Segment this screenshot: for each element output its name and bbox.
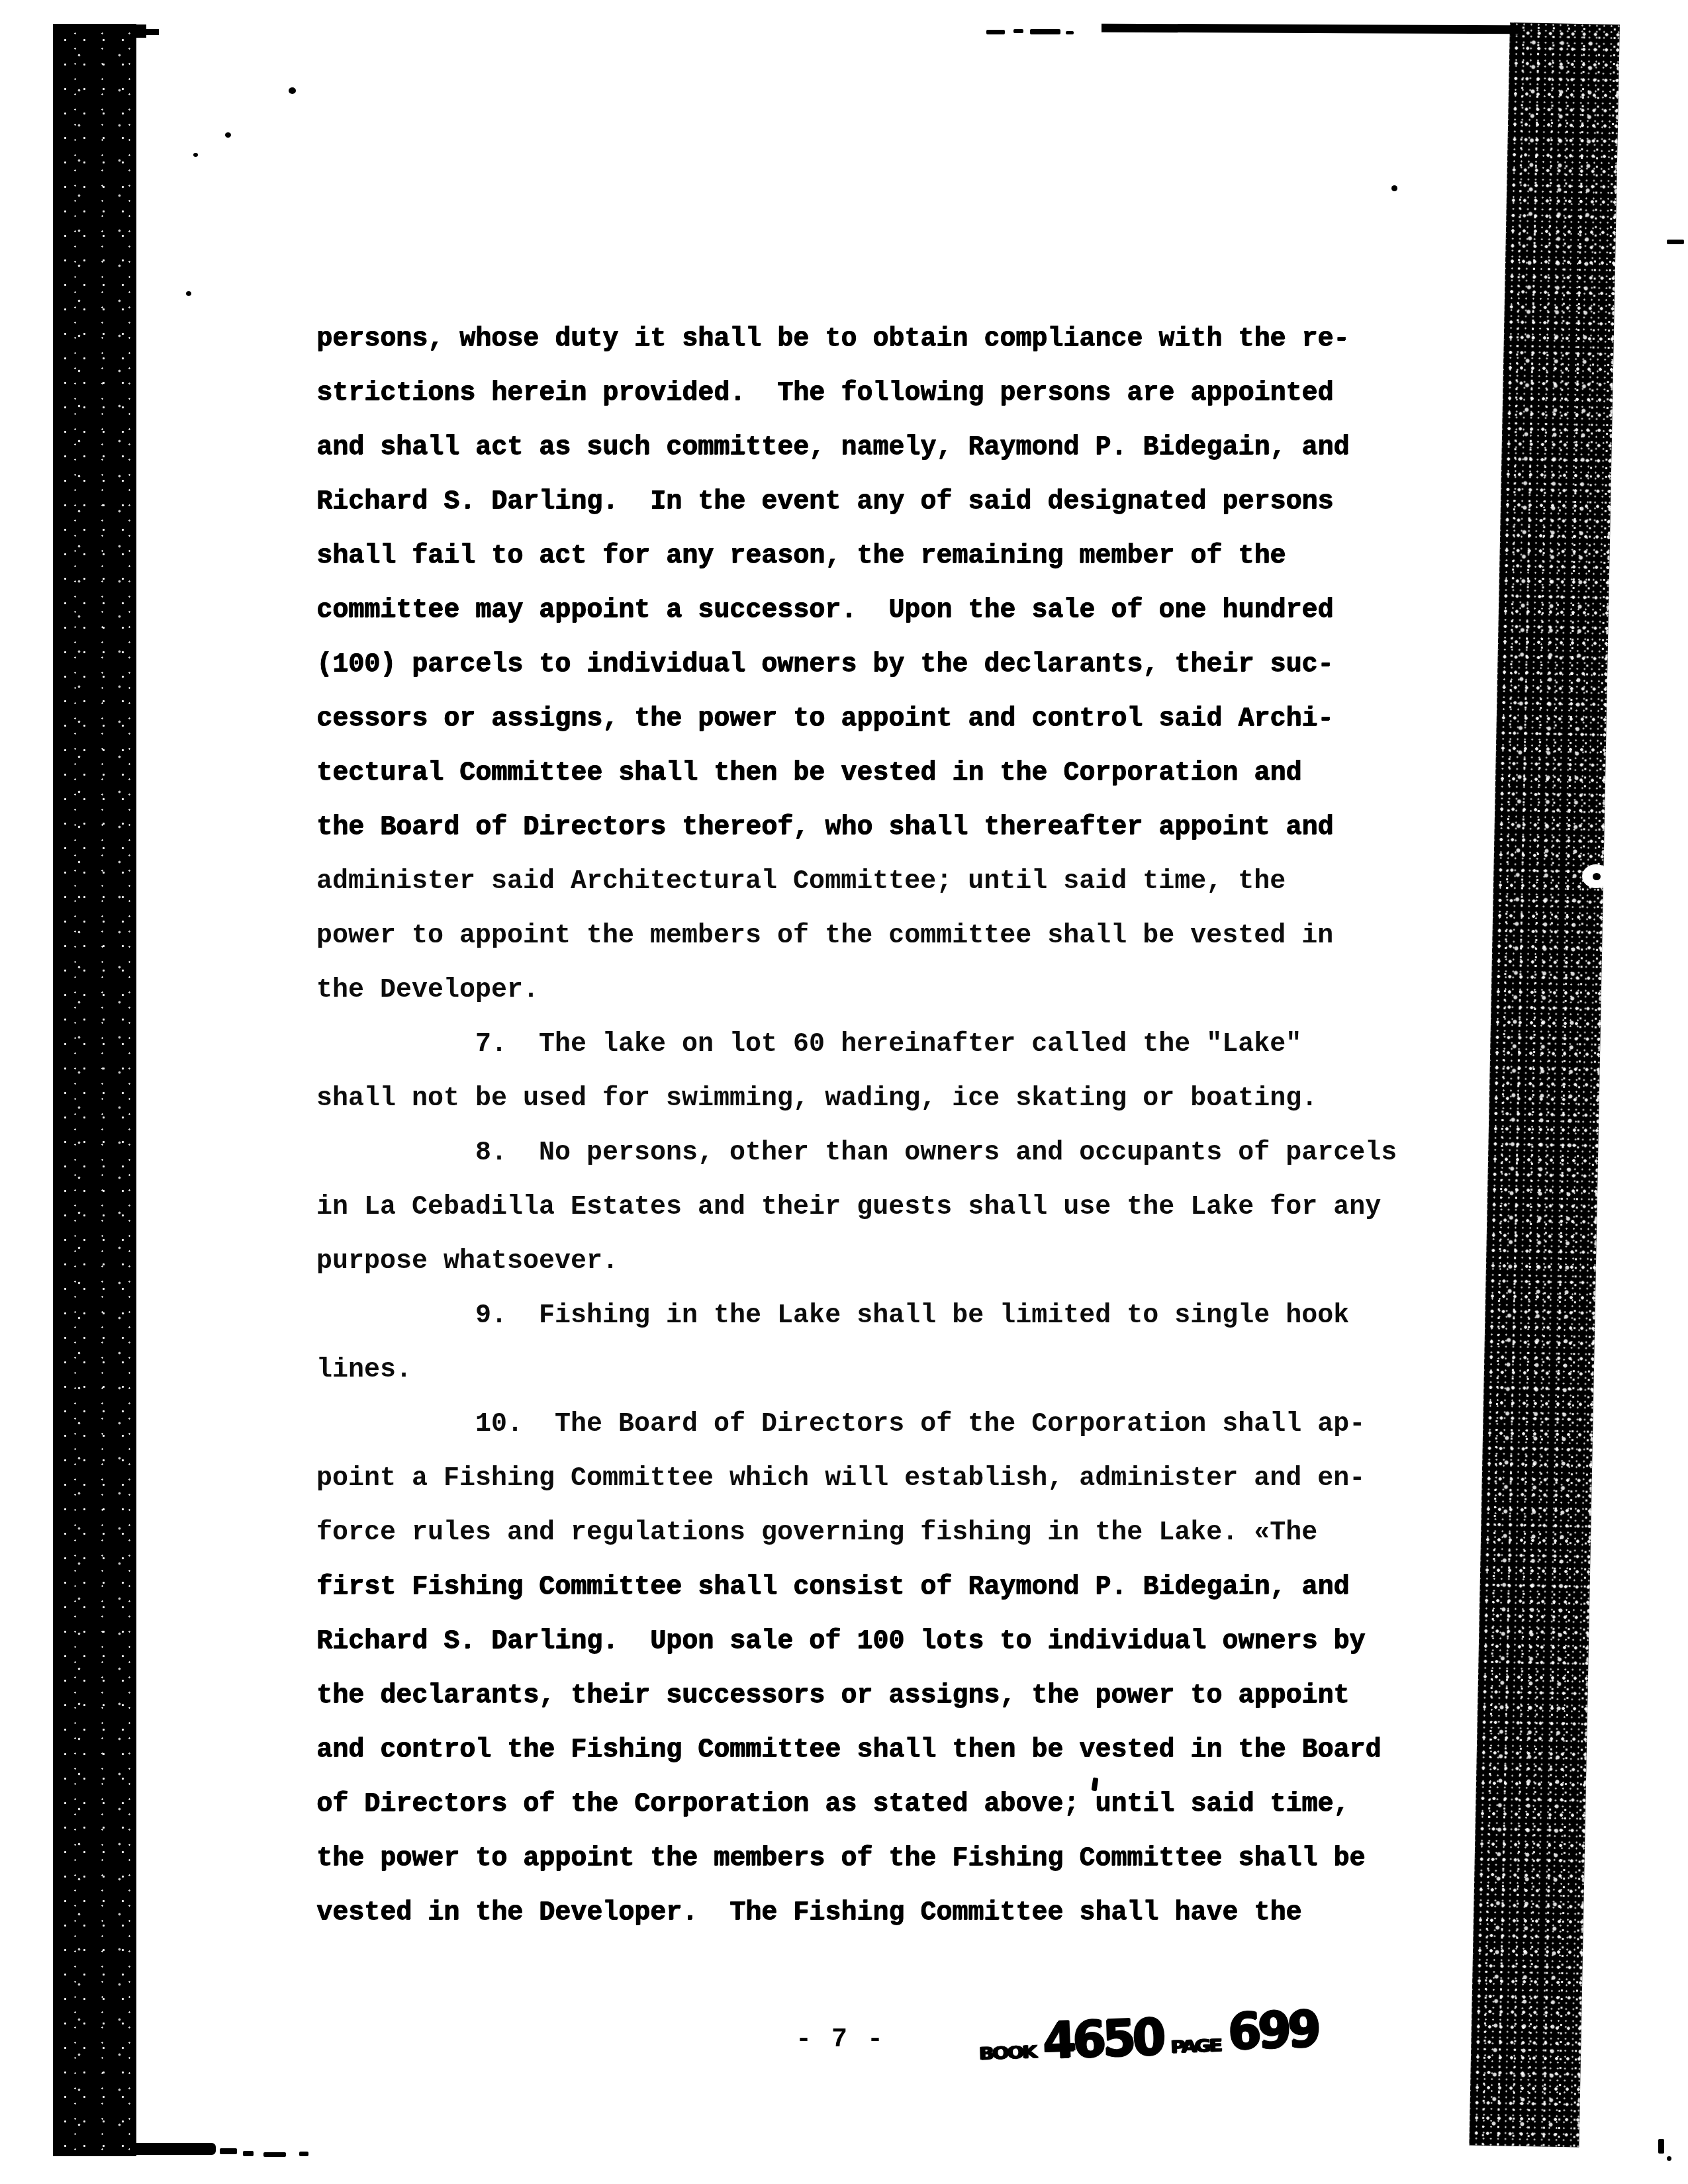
page-number: - 7 - [796,2025,885,2055]
text-line: force rules and regulations governing fi… [316,1506,1397,1561]
text-line: committee may appoint a successor. Upon … [316,584,1397,638]
text-line: and shall act as such committee, namely,… [316,421,1397,475]
scan-artifact-right-bar-hole [1582,864,1610,888]
stamp-book-label: BOOK [978,2042,1035,2064]
scan-speck [289,87,296,94]
scan-speck [1667,240,1684,244]
scan-artifact-left-bar-cap [136,24,146,38]
scan-speck [186,291,191,296]
text-line: vested in the Developer. The Fishing Com… [316,1886,1397,1940]
text-line: (100) parcels to individual owners by th… [316,638,1397,692]
stamp-book-number: 4650 [1042,2007,1163,2070]
scan-speck [225,132,231,138]
text-line: the Board of Directors thereof, who shal… [316,801,1397,855]
text-line: 9. Fishing in the Lake shall be limited … [316,1289,1397,1343]
stamp-page-label: PAGE [1170,2036,1221,2057]
scan-speck [1667,2156,1671,2161]
text-line: 7. The lake on lot 60 hereinafter called… [316,1018,1397,1072]
text-line: shall not be used for swimming, wading, … [316,1072,1397,1126]
scan-speck [1658,2139,1664,2154]
text-line: cessors or assigns, the power to appoint… [316,692,1397,747]
text-line: and control the Fishing Committee shall … [316,1723,1397,1778]
text-line: 10. The Board of Directors of the Corpor… [316,1398,1397,1452]
scan-speck [1391,185,1397,191]
text-line: of Directors of the Corporation as state… [316,1778,1397,1832]
scan-speck [986,30,1005,34]
text-line: persons, whose duty it shall be to obtai… [316,312,1397,367]
text-line: Richard S. Darling. In the event any of … [316,475,1397,529]
scan-speck [130,2143,216,2155]
scan-speck [243,2151,254,2156]
text-line: Richard S. Darling. Upon sale of 100 lot… [316,1615,1397,1669]
scan-speck [193,153,198,157]
scan-artifact-top-line [1102,24,1519,34]
recorder-stamp: BOOK 4650 PAGE 699 [978,2001,1319,2071]
text-line: the declarants, their successors or assi… [316,1669,1397,1723]
scanned-document-page: persons, whose duty it shall be to obtai… [0,0,1688,2184]
text-line: the power to appoint the members of the … [316,1832,1397,1886]
text-line: the Developer. [316,964,1397,1018]
text-line: strictions herein provided. The followin… [316,367,1397,421]
stamp-page-number: 699 [1227,1999,1318,2061]
text-line: point a Fishing Committee which will est… [316,1452,1397,1506]
scan-artifact-right-bar [1469,23,1620,2148]
scan-speck [1013,29,1023,33]
scan-speck [299,2152,308,2156]
scan-speck [1066,31,1074,34]
document-body-text: persons, whose duty it shall be to obtai… [316,312,1397,1940]
text-line: purpose whatsoever. [316,1235,1397,1289]
text-line: administer said Architectural Committee;… [316,855,1397,909]
text-line: 8. No persons, other than owners and occ… [316,1126,1397,1181]
text-line: power to appoint the members of the comm… [316,909,1397,964]
text-line: shall fail to act for any reason, the re… [316,529,1397,584]
text-line: in La Cebadilla Estates and their guests… [316,1181,1397,1235]
scan-artifact-left-bar [53,24,136,2156]
text-line: first Fishing Committee shall consist of… [316,1561,1397,1615]
scan-speck [1030,29,1060,34]
scan-speck [220,2148,237,2154]
scan-speck [263,2152,286,2157]
scan-artifact-left-bar-hook [146,29,159,35]
text-line: tectural Committee shall then be vested … [316,747,1397,801]
text-line: lines. [316,1343,1397,1398]
